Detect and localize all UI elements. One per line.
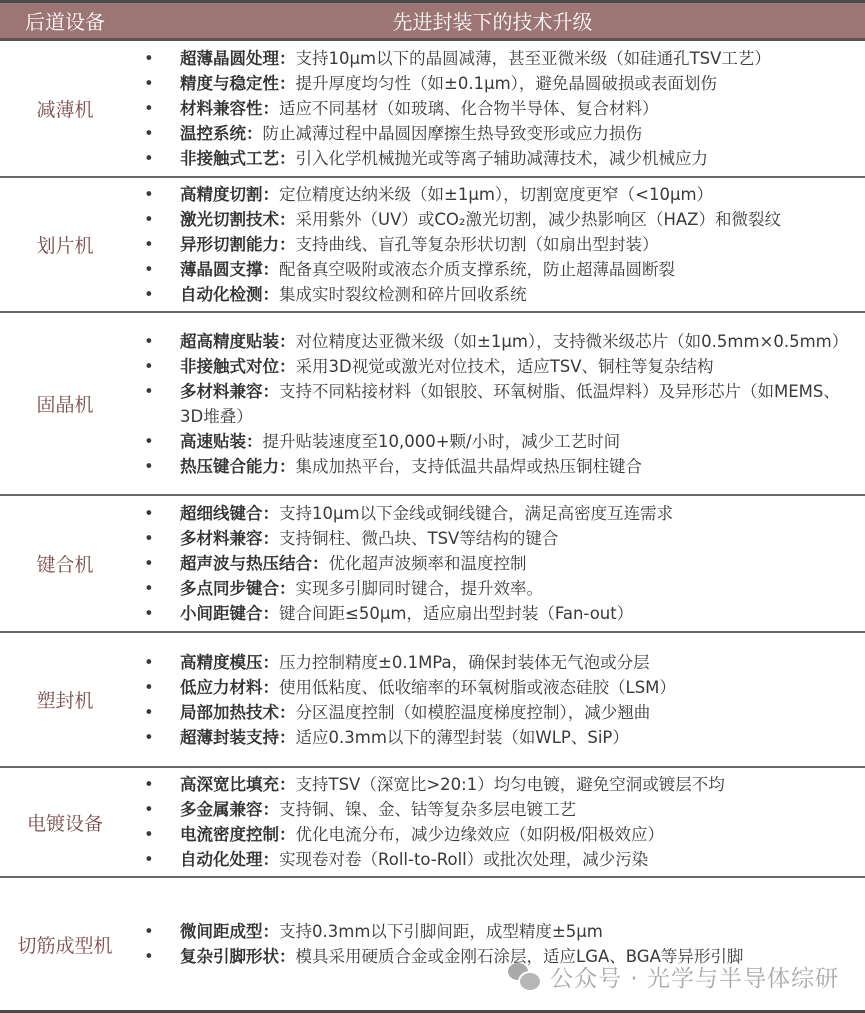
bullet-icon: • bbox=[142, 700, 180, 725]
list-item: •超细线键合：支持10μm以下金线或铜线键合，满足高密度互连需求 bbox=[142, 501, 865, 526]
list-item: •多金属兼容：支持铜、镍、金、钴等复杂多层电镀工艺 bbox=[142, 797, 865, 822]
bullet-icon: • bbox=[142, 71, 180, 96]
item-text: 高深宽比填充：支持TSV（深宽比>20:1）均匀电镀，避免空洞或镀层不均 bbox=[180, 772, 865, 797]
bullet-icon: • bbox=[142, 232, 180, 257]
item-text: 超细线键合：支持10μm以下金线或铜线键合，满足高密度互连需求 bbox=[180, 501, 865, 526]
upgrade-list: •高精度切割：定位精度达纳米级（如±1μm），切割宽度更窄（<10μm）•激光切… bbox=[130, 178, 865, 311]
table-row: 减薄机•超薄晶圆处理：支持10μm以下的晶圆减薄，甚至亚微米级（如硅通孔TSV工… bbox=[0, 41, 865, 178]
item-term: 多材料兼容： bbox=[180, 529, 279, 548]
list-item: •电流密度控制：优化电流分布，减少边缘效应（如阴极/阳极效应） bbox=[142, 822, 865, 847]
list-item: •非接触式对位：采用3D视觉或激光对位技术，适应TSV、铜柱等复杂结构 bbox=[142, 354, 865, 379]
item-description: 集成实时裂纹检测和碎片回收系统 bbox=[279, 285, 527, 304]
item-description: 提升厚度均匀性（如±0.1μm），避免晶圆破损或表面划伤 bbox=[296, 74, 717, 93]
watermark-text: 公众号 · 光学与半导体综研 bbox=[550, 960, 839, 993]
item-term: 超细线键合： bbox=[180, 504, 279, 523]
item-description: 键合间距≤50μm，适应扇出型封装（Fan-out） bbox=[279, 604, 633, 623]
list-item: •超高精度贴装：对位精度达亚微米级（如±1μm），支持微米级芯片（如0.5mm×… bbox=[142, 329, 865, 354]
bullet-icon: • bbox=[142, 576, 180, 601]
list-item: •超声波与热压结合：优化超声波频率和温度控制 bbox=[142, 551, 865, 576]
bullet-icon: • bbox=[142, 207, 180, 232]
equipment-label: 塑封机 bbox=[0, 633, 130, 766]
item-term: 电流密度控制： bbox=[180, 825, 296, 844]
bullet-icon: • bbox=[142, 551, 180, 576]
bullet-icon: • bbox=[142, 146, 180, 171]
list-item: •高深宽比填充：支持TSV（深宽比>20:1）均匀电镀，避免空洞或镀层不均 bbox=[142, 772, 865, 797]
item-description: 支持铜柱、微凸块、TSV等结构的键合 bbox=[279, 529, 558, 548]
equipment-label: 减薄机 bbox=[0, 41, 130, 176]
equipment-label: 划片机 bbox=[0, 178, 130, 311]
item-description: 支持10μm以下金线或铜线键合，满足高密度互连需求 bbox=[279, 504, 673, 523]
item-description: 支持曲线、盲孔等复杂形状切割（如扇出型封装） bbox=[296, 235, 659, 254]
table-body: 减薄机•超薄晶圆处理：支持10μm以下的晶圆减薄，甚至亚微米级（如硅通孔TSV工… bbox=[0, 41, 865, 1013]
item-term: 自动化处理： bbox=[180, 850, 279, 869]
item-text: 小间距键合：键合间距≤50μm，适应扇出型封装（Fan-out） bbox=[180, 601, 865, 626]
item-text: 高速贴装：提升贴装速度至10,000+颗/小时，减少工艺时间 bbox=[180, 429, 865, 454]
upgrade-list: •高精度模压：压力控制精度±0.1MPa，确保封装体无气泡或分层•低应力材料：使… bbox=[130, 633, 865, 766]
item-term: 非接触式工艺： bbox=[180, 149, 296, 168]
list-item: •材料兼容性：适应不同基材（如玻璃、化合物半导体、复合材料） bbox=[142, 96, 865, 121]
wechat-icon bbox=[508, 963, 542, 991]
item-description: 使用低粘度、低收缩率的环氧树脂或液态硅胶（LSM） bbox=[279, 678, 676, 697]
item-description: 防止减薄过程中晶圆因摩擦生热导致变形或应力损伤 bbox=[263, 124, 643, 143]
table-header: 后道设备 先进封装下的技术升级 bbox=[0, 3, 865, 41]
item-text: 超薄晶圆处理：支持10μm以下的晶圆减薄，甚至亚微米级（如硅通孔TSV工艺） bbox=[180, 46, 865, 71]
item-term: 热压键合能力： bbox=[180, 457, 296, 476]
item-text: 多点同步键合：实现多引脚同时键合，提升效率。 bbox=[180, 576, 865, 601]
upgrade-list: •超细线键合：支持10μm以下金线或铜线键合，满足高密度互连需求•多材料兼容：支… bbox=[130, 496, 865, 631]
item-description: 采用紫外（UV）或CO₂激光切割，减少热影响区（HAZ）和微裂纹 bbox=[296, 210, 782, 229]
item-text: 局部加热技术：分区温度控制（如模腔温度梯度控制），减少翘曲 bbox=[180, 700, 865, 725]
item-text: 非接触式对位：采用3D视觉或激光对位技术，适应TSV、铜柱等复杂结构 bbox=[180, 354, 865, 379]
item-term: 非接触式对位： bbox=[180, 357, 296, 376]
bullet-icon: • bbox=[142, 257, 180, 282]
upgrade-list: •超薄晶圆处理：支持10μm以下的晶圆减薄，甚至亚微米级（如硅通孔TSV工艺）•… bbox=[130, 41, 865, 176]
item-text: 激光切割技术：采用紫外（UV）或CO₂激光切割，减少热影响区（HAZ）和微裂纹 bbox=[180, 207, 865, 232]
list-item: •局部加热技术：分区温度控制（如模腔温度梯度控制），减少翘曲 bbox=[142, 700, 865, 725]
upgrade-list: •超高精度贴装：对位精度达亚微米级（如±1μm），支持微米级芯片（如0.5mm×… bbox=[130, 313, 865, 494]
table-row: 键合机•超细线键合：支持10μm以下金线或铜线键合，满足高密度互连需求•多材料兼… bbox=[0, 496, 865, 633]
item-description: 采用3D视觉或激光对位技术，适应TSV、铜柱等复杂结构 bbox=[296, 357, 714, 376]
watermark: 公众号 · 光学与半导体综研 bbox=[508, 960, 839, 993]
table-row: 固晶机•超高精度贴装：对位精度达亚微米级（如±1μm），支持微米级芯片（如0.5… bbox=[0, 313, 865, 496]
list-item: •激光切割技术：采用紫外（UV）或CO₂激光切割，减少热影响区（HAZ）和微裂纹 bbox=[142, 207, 865, 232]
item-term: 低应力材料： bbox=[180, 678, 279, 697]
item-term: 高精度切割： bbox=[180, 185, 279, 204]
item-text: 薄晶圆支撑：配备真空吸附或液态介质支撑系统，防止超薄晶圆断裂 bbox=[180, 257, 865, 282]
item-term: 高深宽比填充： bbox=[180, 775, 296, 794]
list-item: •多材料兼容：支持铜柱、微凸块、TSV等结构的键合 bbox=[142, 526, 865, 551]
list-item: •高精度切割：定位精度达纳米级（如±1μm），切割宽度更窄（<10μm） bbox=[142, 182, 865, 207]
item-term: 超高精度贴装： bbox=[180, 332, 296, 351]
item-description: 压力控制精度±0.1MPa，确保封装体无气泡或分层 bbox=[279, 653, 650, 672]
list-item: •超薄晶圆处理：支持10μm以下的晶圆减薄，甚至亚微米级（如硅通孔TSV工艺） bbox=[142, 46, 865, 71]
item-term: 多材料兼容： bbox=[180, 382, 279, 401]
bullet-icon: • bbox=[142, 46, 180, 71]
table-row: 电镀设备•高深宽比填充：支持TSV（深宽比>20:1）均匀电镀，避免空洞或镀层不… bbox=[0, 768, 865, 878]
equipment-label: 键合机 bbox=[0, 496, 130, 631]
bullet-icon: • bbox=[142, 601, 180, 626]
item-description: 对位精度达亚微米级（如±1μm），支持微米级芯片（如0.5mm×0.5mm） bbox=[296, 332, 849, 351]
bullet-icon: • bbox=[142, 329, 180, 354]
item-text: 超声波与热压结合：优化超声波频率和温度控制 bbox=[180, 551, 865, 576]
bullet-icon: • bbox=[142, 182, 180, 207]
item-term: 超薄封装支持： bbox=[180, 728, 296, 747]
item-text: 低应力材料：使用低粘度、低收缩率的环氧树脂或液态硅胶（LSM） bbox=[180, 675, 865, 700]
item-text: 多材料兼容：支持铜柱、微凸块、TSV等结构的键合 bbox=[180, 526, 865, 551]
item-text: 自动化处理：实现卷对卷（Roll-to-Roll）或批次处理，减少污染 bbox=[180, 847, 865, 872]
list-item: •非接触式工艺：引入化学机械抛光或等离子辅助减薄技术，减少机械应力 bbox=[142, 146, 865, 171]
list-item: •热压键合能力：集成加热平台，支持低温共晶焊或热压铜柱键合 bbox=[142, 454, 865, 479]
item-term: 复杂引脚形状： bbox=[180, 947, 296, 966]
table-row: 塑封机•高精度模压：压力控制精度±0.1MPa，确保封装体无气泡或分层•低应力材… bbox=[0, 633, 865, 768]
item-description: 支持不同粘接材料（如银胶、环氧树脂、低温焊料）及异形芯片（如MEMS、3D堆叠） bbox=[180, 382, 840, 426]
item-description: 实现多引脚同时键合，提升效率。 bbox=[296, 579, 544, 598]
list-item: •薄晶圆支撑：配备真空吸附或液态介质支撑系统，防止超薄晶圆断裂 bbox=[142, 257, 865, 282]
item-text: 高精度模压：压力控制精度±0.1MPa，确保封装体无气泡或分层 bbox=[180, 650, 865, 675]
header-upgrades: 先进封装下的技术升级 bbox=[130, 3, 865, 38]
item-term: 薄晶圆支撑： bbox=[180, 260, 279, 279]
item-description: 定位精度达纳米级（如±1μm），切割宽度更窄（<10μm） bbox=[279, 185, 713, 204]
item-description: 引入化学机械抛光或等离子辅助减薄技术，减少机械应力 bbox=[296, 149, 709, 168]
item-description: 支持0.3mm以下引脚间距，成型精度±5μm bbox=[279, 922, 603, 941]
bullet-icon: • bbox=[142, 725, 180, 750]
item-text: 非接触式工艺：引入化学机械抛光或等离子辅助减薄技术，减少机械应力 bbox=[180, 146, 865, 171]
list-item: •精度与稳定性：提升厚度均匀性（如±0.1μm），避免晶圆破损或表面划伤 bbox=[142, 71, 865, 96]
item-term: 激光切割技术： bbox=[180, 210, 296, 229]
item-term: 超薄晶圆处理： bbox=[180, 49, 296, 68]
item-term: 多金属兼容： bbox=[180, 800, 279, 819]
equipment-label: 电镀设备 bbox=[0, 768, 130, 876]
item-description: 优化电流分布，减少边缘效应（如阴极/阳极效应） bbox=[296, 825, 665, 844]
bullet-icon: • bbox=[142, 772, 180, 797]
list-item: •多点同步键合：实现多引脚同时键合，提升效率。 bbox=[142, 576, 865, 601]
bullet-icon: • bbox=[142, 454, 180, 479]
list-item: •自动化处理：实现卷对卷（Roll-to-Roll）或批次处理，减少污染 bbox=[142, 847, 865, 872]
bullet-icon: • bbox=[142, 847, 180, 872]
item-text: 热压键合能力：集成加热平台，支持低温共晶焊或热压铜柱键合 bbox=[180, 454, 865, 479]
item-term: 高速贴装： bbox=[180, 432, 263, 451]
bullet-icon: • bbox=[142, 501, 180, 526]
bullet-icon: • bbox=[142, 354, 180, 379]
item-term: 温控系统： bbox=[180, 124, 263, 143]
bullet-icon: • bbox=[142, 797, 180, 822]
item-text: 异形切割能力：支持曲线、盲孔等复杂形状切割（如扇出型封装） bbox=[180, 232, 865, 257]
list-item: •温控系统：防止减薄过程中晶圆因摩擦生热导致变形或应力损伤 bbox=[142, 121, 865, 146]
bullet-icon: • bbox=[142, 429, 180, 454]
item-description: 适应不同基材（如玻璃、化合物半导体、复合材料） bbox=[279, 99, 659, 118]
item-term: 小间距键合： bbox=[180, 604, 279, 623]
item-text: 电流密度控制：优化电流分布，减少边缘效应（如阴极/阳极效应） bbox=[180, 822, 865, 847]
item-text: 多材料兼容：支持不同粘接材料（如银胶、环氧树脂、低温焊料）及异形芯片（如MEMS… bbox=[180, 379, 865, 429]
item-term: 多点同步键合： bbox=[180, 579, 296, 598]
list-item: •超薄封装支持：适应0.3mm以下的薄型封装（如WLP、SiP） bbox=[142, 725, 865, 750]
item-description: 支持铜、镍、金、钴等复杂多层电镀工艺 bbox=[279, 800, 576, 819]
item-term: 材料兼容性： bbox=[180, 99, 279, 118]
bullet-icon: • bbox=[142, 121, 180, 146]
list-item: •高精度模压：压力控制精度±0.1MPa，确保封装体无气泡或分层 bbox=[142, 650, 865, 675]
list-item: •低应力材料：使用低粘度、低收缩率的环氧树脂或液态硅胶（LSM） bbox=[142, 675, 865, 700]
bullet-icon: • bbox=[142, 96, 180, 121]
item-text: 材料兼容性：适应不同基材（如玻璃、化合物半导体、复合材料） bbox=[180, 96, 865, 121]
item-description: 支持TSV（深宽比>20:1）均匀电镀，避免空洞或镀层不均 bbox=[296, 775, 725, 794]
bullet-icon: • bbox=[142, 944, 180, 969]
bullet-icon: • bbox=[142, 650, 180, 675]
header-equipment: 后道设备 bbox=[0, 3, 130, 38]
item-description: 优化超声波频率和温度控制 bbox=[329, 554, 527, 573]
item-text: 超薄封装支持：适应0.3mm以下的薄型封装（如WLP、SiP） bbox=[180, 725, 865, 750]
list-item: •异形切割能力：支持曲线、盲孔等复杂形状切割（如扇出型封装） bbox=[142, 232, 865, 257]
bullet-icon: • bbox=[142, 675, 180, 700]
item-term: 精度与稳定性： bbox=[180, 74, 296, 93]
item-term: 超声波与热压结合： bbox=[180, 554, 329, 573]
item-text: 自动化检测：集成实时裂纹检测和碎片回收系统 bbox=[180, 282, 865, 307]
bullet-icon: • bbox=[142, 379, 180, 429]
item-description: 适应0.3mm以下的薄型封装（如WLP、SiP） bbox=[296, 728, 629, 747]
bullet-icon: • bbox=[142, 526, 180, 551]
bullet-icon: • bbox=[142, 919, 180, 944]
item-term: 局部加热技术： bbox=[180, 703, 296, 722]
equipment-label: 切筋成型机 bbox=[0, 878, 130, 1010]
list-item: •高速贴装：提升贴装速度至10,000+颗/小时，减少工艺时间 bbox=[142, 429, 865, 454]
equipment-label: 固晶机 bbox=[0, 313, 130, 494]
list-item: •小间距键合：键合间距≤50μm，适应扇出型封装（Fan-out） bbox=[142, 601, 865, 626]
equipment-upgrade-table: 后道设备 先进封装下的技术升级 减薄机•超薄晶圆处理：支持10μm以下的晶圆减薄… bbox=[0, 0, 865, 1013]
upgrade-list: •高深宽比填充：支持TSV（深宽比>20:1）均匀电镀，避免空洞或镀层不均•多金… bbox=[130, 768, 865, 876]
item-term: 微间距成型： bbox=[180, 922, 279, 941]
item-description: 支持10μm以下的晶圆减薄，甚至亚微米级（如硅通孔TSV工艺） bbox=[296, 49, 771, 68]
bullet-icon: • bbox=[142, 282, 180, 307]
item-text: 多金属兼容：支持铜、镍、金、钴等复杂多层电镀工艺 bbox=[180, 797, 865, 822]
item-term: 异形切割能力： bbox=[180, 235, 296, 254]
item-description: 提升贴装速度至10,000+颗/小时，减少工艺时间 bbox=[263, 432, 621, 451]
item-term: 自动化检测： bbox=[180, 285, 279, 304]
bullet-icon: • bbox=[142, 822, 180, 847]
list-item: •自动化检测：集成实时裂纹检测和碎片回收系统 bbox=[142, 282, 865, 307]
item-text: 超高精度贴装：对位精度达亚微米级（如±1μm），支持微米级芯片（如0.5mm×0… bbox=[180, 329, 865, 354]
item-text: 微间距成型：支持0.3mm以下引脚间距，成型精度±5μm bbox=[180, 919, 865, 944]
table-row: 划片机•高精度切割：定位精度达纳米级（如±1μm），切割宽度更窄（<10μm）•… bbox=[0, 178, 865, 313]
item-text: 精度与稳定性：提升厚度均匀性（如±0.1μm），避免晶圆破损或表面划伤 bbox=[180, 71, 865, 96]
list-item: •多材料兼容：支持不同粘接材料（如银胶、环氧树脂、低温焊料）及异形芯片（如MEM… bbox=[142, 379, 865, 429]
item-text: 温控系统：防止减薄过程中晶圆因摩擦生热导致变形或应力损伤 bbox=[180, 121, 865, 146]
item-description: 分区温度控制（如模腔温度梯度控制），减少翘曲 bbox=[296, 703, 651, 722]
item-description: 配备真空吸附或液态介质支撑系统，防止超薄晶圆断裂 bbox=[279, 260, 675, 279]
item-term: 高精度模压： bbox=[180, 653, 279, 672]
item-description: 实现卷对卷（Roll-to-Roll）或批次处理，减少污染 bbox=[279, 850, 648, 869]
list-item: •微间距成型：支持0.3mm以下引脚间距，成型精度±5μm bbox=[142, 919, 865, 944]
item-text: 高精度切割：定位精度达纳米级（如±1μm），切割宽度更窄（<10μm） bbox=[180, 182, 865, 207]
item-description: 集成加热平台，支持低温共晶焊或热压铜柱键合 bbox=[296, 457, 643, 476]
